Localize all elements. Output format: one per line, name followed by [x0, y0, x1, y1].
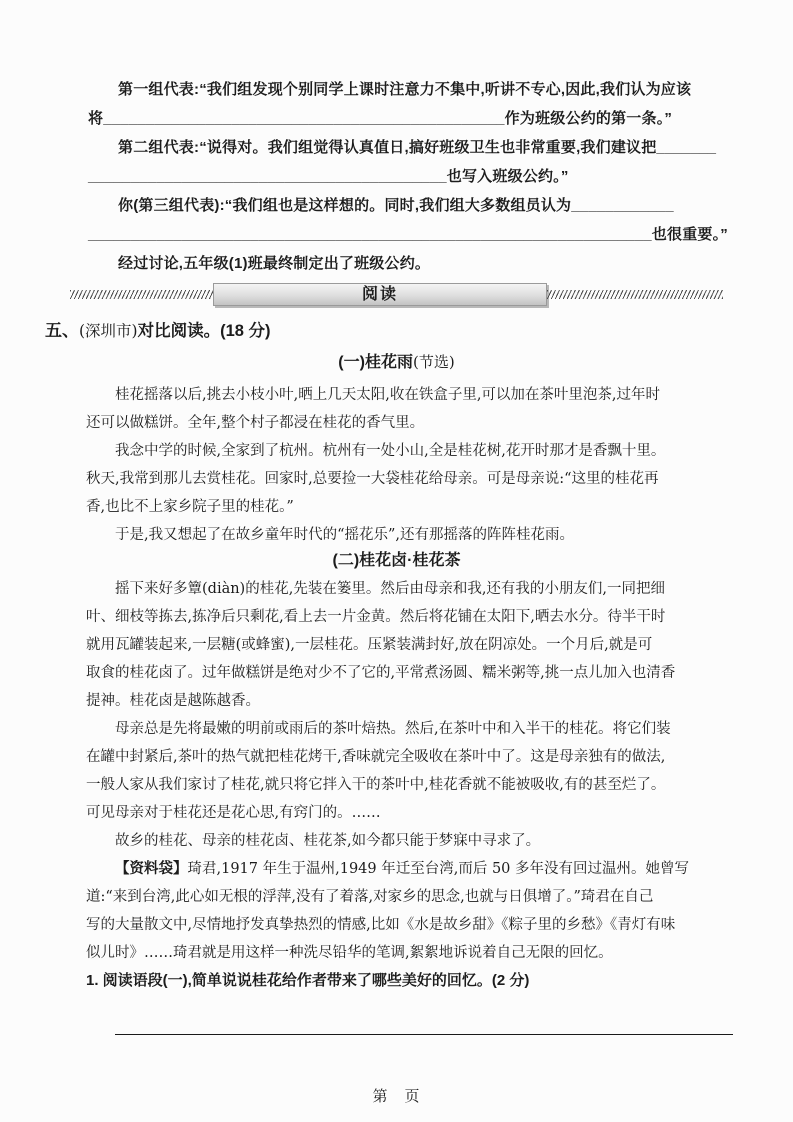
dialogue-line: ________________________________________… [88, 162, 747, 191]
info-box-line: 写的大量散文中,尽情地抒发真挚热烈的情感,比如《水是故乡甜》《粽子里的乡愁》《青… [86, 911, 751, 939]
dialogue-line: 将_______________________________________… [88, 104, 747, 133]
passage1-body: 桂花摇落以后,挑去小枝小叶,晒上几天太阳,收在铁盒子里,可以加在茶叶里泡茶,过年… [86, 381, 751, 549]
section-heading: 五、(深圳市)对比阅读。(18 分) [45, 316, 271, 341]
section-points: (18 分) [220, 322, 270, 340]
info-box-line: 【资料袋】琦君,1917 年生于温州,1949 年迁至台湾,而后 50 多年没有… [86, 855, 751, 883]
passage-line: 秋天,我常到那儿去赏桂花。回家时,总要捡一大袋桂花给母亲。可是母亲说:“这里的桂… [86, 465, 751, 493]
page-footer: 第 页 [0, 1085, 793, 1106]
reading-section-banner-row: 阅读 [70, 283, 723, 305]
passage2-body: 摇下来好多簟(diàn)的桂花,先装在篓里。然后由母亲和我,还有我的小朋友们,一… [86, 575, 751, 855]
dialogue-line: 经过讨论,五年级(1)班最终制定出了班级公约。 [88, 249, 747, 278]
passage1-title-main: (一)桂花雨 [338, 354, 413, 371]
info-box-label: 【资料袋】 [115, 861, 188, 877]
dialogue-line: 第二组代表:“说得对。我们组觉得认真值日,搞好班级卫生也非常重要,我们建议把__… [88, 133, 747, 162]
dialogue-line: ________________________________________… [88, 220, 747, 249]
passage1-title-note: (节选) [413, 353, 455, 371]
passage-line: 我念中学的时候,全家到了杭州。杭州有一处小山,全是桂花树,花开时那才是香飘十里。 [86, 437, 751, 465]
dialogue-exercise-section: 第一组代表:“我们组发现个别同学上课时注意力不集中,听讲不专心,因此,我们认为应… [88, 75, 747, 278]
info-box-line: 似儿时》……琦君就是用这样一种洗尽铅华的笔调,絮絮地诉说着自己无限的回忆。 [86, 939, 751, 967]
reading-section-banner: 阅读 [213, 283, 547, 306]
hatch-line-right [547, 290, 723, 299]
passage-line: 故乡的桂花、母亲的桂花卤、桂花茶,如今都只能于梦寐中寻求了。 [86, 827, 751, 855]
info-box-line: 道:“来到台湾,此心如无根的浮萍,没有了着落,对家乡的思念,也就与日俱增了。”琦… [86, 883, 751, 911]
passage-line: 叶、细枝等拣去,拣净后只剩花,看上去一片金黄。然后将花铺在太阳下,晒去水分。待半… [86, 603, 751, 631]
hatch-line-left [70, 290, 213, 299]
info-box: 【资料袋】琦君,1917 年生于温州,1949 年迁至台湾,而后 50 多年没有… [86, 855, 751, 967]
passage-line: 还可以做糕饼。全年,整个村子都浸在桂花的香气里。 [86, 409, 751, 437]
answer-blank-line [115, 1034, 733, 1035]
passage-line: 香,也比不上家乡院子里的桂花。” [86, 493, 751, 521]
passage-line: 桂花摇落以后,挑去小枝小叶,晒上几天太阳,收在铁盒子里,可以加在茶叶里泡茶,过年… [86, 381, 751, 409]
passage-line: 取食的桂花卤了。过年做糕饼是绝对少不了它的,平常煮汤圆、糯米粥等,挑一点儿加入也… [86, 659, 751, 687]
section-title: 对比阅读。 [138, 322, 221, 340]
section-number: 五、 [45, 321, 79, 340]
dialogue-line: 你(第三组代表):“我们组也是这样想的。同时,我们组大多数组员认为_______… [88, 191, 747, 220]
worksheet-page: 第一组代表:“我们组发现个别同学上课时注意力不集中,听讲不专心,因此,我们认为应… [0, 0, 793, 1122]
passage-line: 在罐中封紧后,茶叶的热气就把桂花烤干,香味就完全吸收在茶叶中了。这是母亲独有的做… [86, 743, 751, 771]
passage-line: 可见母亲对于桂花还是花心思,有窍门的。…… [86, 799, 751, 827]
passage2-title-main: (二)桂花卤·桂花茶 [333, 552, 461, 569]
passage2-and-notes: 摇下来好多簟(diàn)的桂花,先装在篓里。然后由母亲和我,还有我的小朋友们,一… [86, 575, 751, 995]
passage-line: 于是,我又想起了在故乡童年时代的“摇花乐”,还有那摇落的阵阵桂花雨。 [86, 521, 751, 549]
passage2-title: (二)桂花卤·桂花茶 [0, 547, 793, 570]
question-1: 1. 阅读语段(一),简单说说桂花给作者带来了哪些美好的回忆。(2 分) [86, 967, 751, 995]
passage-line: 一般人家从我们家讨了桂花,就只将它拌入干的茶叶中,桂花香就不能被吸收,有的甚至烂… [86, 771, 751, 799]
passage-line: 摇下来好多簟(diàn)的桂花,先装在篓里。然后由母亲和我,还有我的小朋友们,一… [86, 575, 751, 603]
passage-line: 母亲总是先将最嫩的明前或雨后的茶叶焙热。然后,在茶叶中和入半干的桂花。将它们装 [86, 715, 751, 743]
section-source: (深圳市) [79, 322, 138, 340]
passage-line: 提神。桂花卤是越陈越香。 [86, 687, 751, 715]
dialogue-line: 第一组代表:“我们组发现个别同学上课时注意力不集中,听讲不专心,因此,我们认为应… [88, 75, 747, 104]
passage-line: 就用瓦罐装起来,一层糖(或蜂蜜),一层桂花。压紧装满封好,放在阴凉处。一个月后,… [86, 631, 751, 659]
passage1-title: (一)桂花雨(节选) [0, 349, 793, 372]
